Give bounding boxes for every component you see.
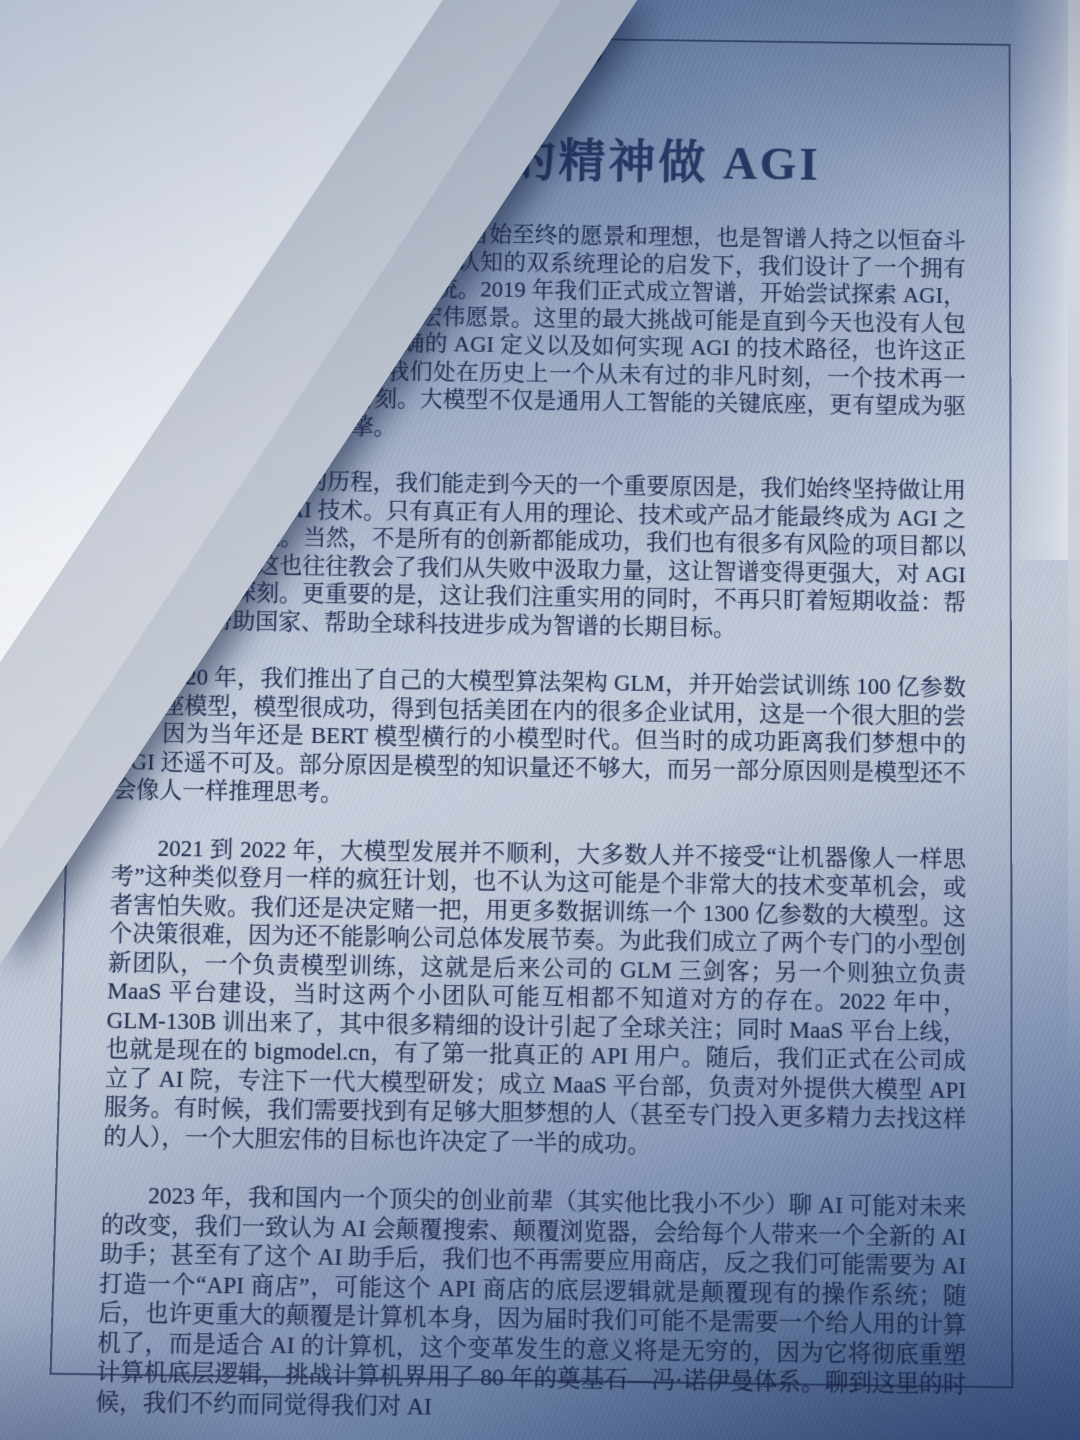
- article-paragraph: 2023 年，我和国内一个顶尖的创业前辈（其实他比我小不少）聊 AI 可能对未来…: [95, 1181, 966, 1429]
- article-paragraph: “让机器像人一样思考”是智谱自始至终的愿景和理想，也是智谱人持之以恒奋斗的唯一目…: [123, 216, 966, 448]
- article-paragraph: 2021 到 2022 年，大模型发展并不顺利，大多数人并不接受“让机器像人一样…: [103, 834, 966, 1164]
- page-right-edge-highlight: [1010, 0, 1080, 560]
- photographed-page: Z 用 “咖啡” 的精神做 AGI “让机器像人一样思考”是智谱自始至终的愿景和…: [0, 0, 1080, 1440]
- z-logo-icon: Z: [545, 15, 602, 63]
- article-paragraph: 回顾一路走来的历程，我们能走到今天的一个重要原因是，我们始终坚持做让用户真正用得…: [118, 466, 966, 646]
- content-frame: Z 用 “咖啡” 的精神做 AGI “让机器像人一样思考”是智谱自始至终的愿景和…: [50, 31, 1014, 1388]
- article-title: 用 “咖啡” 的精神做 AGI: [130, 118, 965, 195]
- article-paragraph: 2020 年，我们推出了自己的大模型算法架构 GLM，并开始尝试训练 100 亿…: [113, 663, 966, 817]
- page-right-edge: [1068, 0, 1080, 1440]
- article-body: “让机器像人一样思考”是智谱自始至终的愿景和理想，也是智谱人持之以恒奋斗的唯一目…: [95, 216, 966, 1429]
- z-logo-letter: Z: [561, 22, 586, 54]
